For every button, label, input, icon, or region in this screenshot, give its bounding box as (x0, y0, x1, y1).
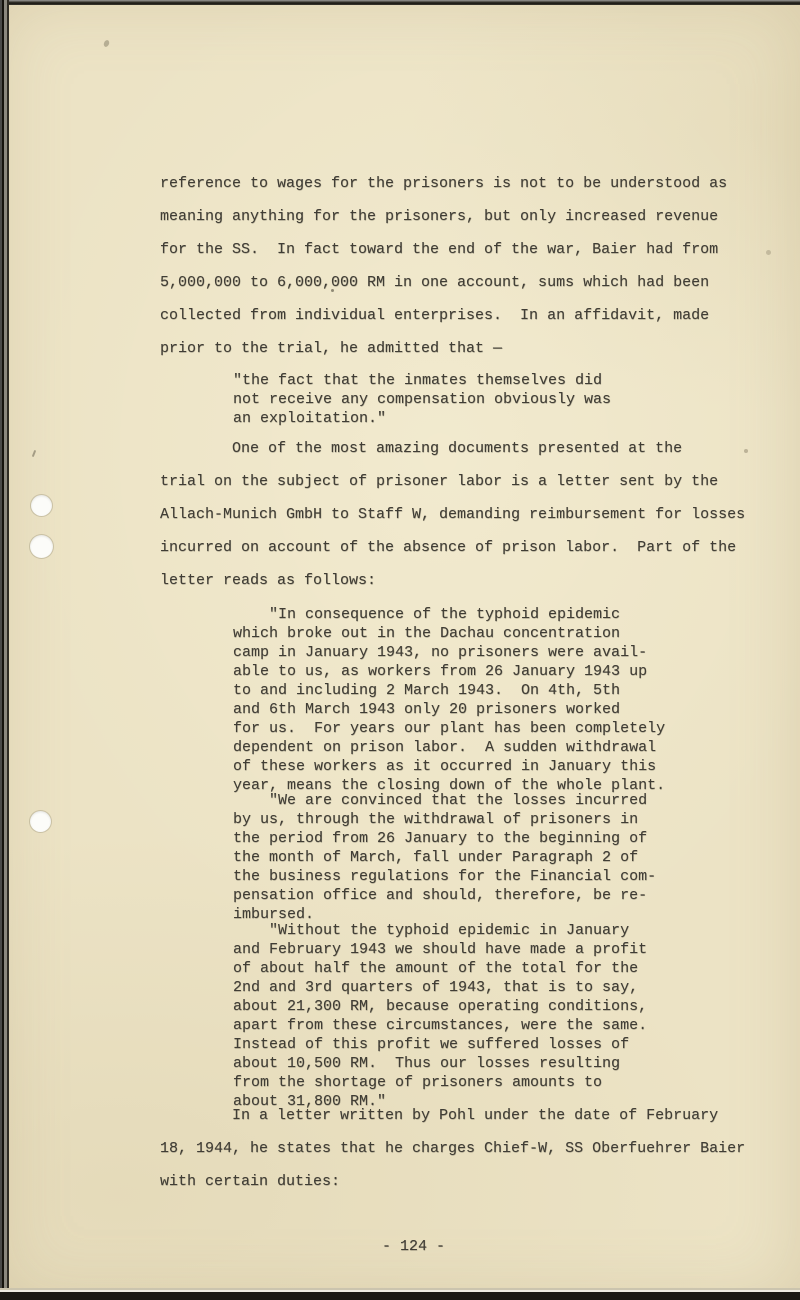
intro-paragraph: reference to wages for the prisoners is … (160, 167, 727, 365)
letter-quote-losses: "We are convinced that the losses incurr… (233, 791, 656, 924)
text-line: and 6th March 1943 only 20 prisoners wor… (233, 700, 665, 719)
text-line: able to us, as workers from 26 January 1… (233, 662, 665, 681)
text-line: not receive any compensation obviously w… (233, 390, 611, 409)
text-line: camp in January 1943, no prisoners were … (233, 643, 665, 662)
text-line: "In consequence of the typhoid epidemic (233, 605, 665, 624)
text-line: 2nd and 3rd quarters of 1943, that is to… (233, 978, 647, 997)
paper-page: reference to wages for the prisoners is … (0, 0, 800, 1300)
text-line: collected from individual enterprises. I… (160, 299, 727, 332)
document-scan: reference to wages for the prisoners is … (0, 0, 800, 1300)
text-line: dependent on prison labor. A sudden with… (233, 738, 665, 757)
text-line: 5,000,000 to 6,000,000 RM in one account… (160, 266, 727, 299)
text-line: the business regulations for the Financi… (233, 867, 656, 886)
text-line: apart from these circumstances, were the… (233, 1016, 647, 1035)
text-line: "Without the typhoid epidemic in January (233, 921, 647, 940)
page-number: - 124 - (382, 1237, 445, 1256)
text-line: of about half the amount of the total fo… (233, 959, 647, 978)
text-line: about 10,500 RM. Thus our losses resulti… (233, 1054, 647, 1073)
text-line: for us. For years our plant has been com… (233, 719, 665, 738)
letter-intro-paragraph: One of the most amazing documents presen… (160, 432, 745, 597)
text-line: In a letter written by Pohl under the da… (160, 1099, 745, 1132)
text-line: with certain duties: (160, 1165, 745, 1198)
text-line: meaning anything for the prisoners, but … (160, 200, 727, 233)
text-line: One of the most amazing documents presen… (160, 432, 745, 465)
punch-hole (31, 495, 52, 516)
pohl-letter-paragraph: In a letter written by Pohl under the da… (160, 1099, 745, 1198)
text-line: the period from 26 January to the beginn… (233, 829, 656, 848)
text-line: which broke out in the Dachau concentrat… (233, 624, 665, 643)
typewritten-text-layer: reference to wages for the prisoners is … (0, 0, 800, 1300)
text-line: by us, through the withdrawal of prisone… (233, 810, 656, 829)
text-line: of these workers as it occurred in Janua… (233, 757, 665, 776)
letter-quote-profit: "Without the typhoid epidemic in January… (233, 921, 647, 1111)
text-line: and February 1943 we should have made a … (233, 940, 647, 959)
punch-hole (30, 535, 53, 558)
text-line: to and including 2 March 1943. On 4th, 5… (233, 681, 665, 700)
text-line: incurred on account of the absence of pr… (160, 531, 745, 564)
scan-edge-top (0, 0, 800, 5)
text-line: for the SS. In fact toward the end of th… (160, 233, 727, 266)
text-line: the month of March, fall under Paragraph… (233, 848, 656, 867)
text-line: an exploitation." (233, 409, 611, 428)
text-line: from the shortage of prisoners amounts t… (233, 1073, 647, 1092)
text-line: reference to wages for the prisoners is … (160, 167, 727, 200)
text-line: about 21,300 RM, because operating condi… (233, 997, 647, 1016)
text-line: "the fact that the inmates themselves di… (233, 371, 611, 390)
punch-hole (30, 811, 51, 832)
text-line: letter reads as follows: (160, 564, 745, 597)
text-line: pensation office and should, therefore, … (233, 886, 656, 905)
text-line: 18, 1944, he states that he charges Chie… (160, 1132, 745, 1165)
affidavit-quote: "the fact that the inmates themselves di… (233, 371, 611, 428)
text-line: prior to the trial, he admitted that — (160, 332, 727, 365)
letter-quote-typhoid: "In consequence of the typhoid epidemicw… (233, 605, 665, 795)
scan-edge-bottom (0, 1288, 800, 1300)
scan-edge-left (0, 0, 9, 1300)
text-line: Allach-Munich GmbH to Staff W, demanding… (160, 498, 745, 531)
text-line: Instead of this profit we suffered losse… (233, 1035, 647, 1054)
text-line: "We are convinced that the losses incurr… (233, 791, 656, 810)
text-line: trial on the subject of prisoner labor i… (160, 465, 745, 498)
